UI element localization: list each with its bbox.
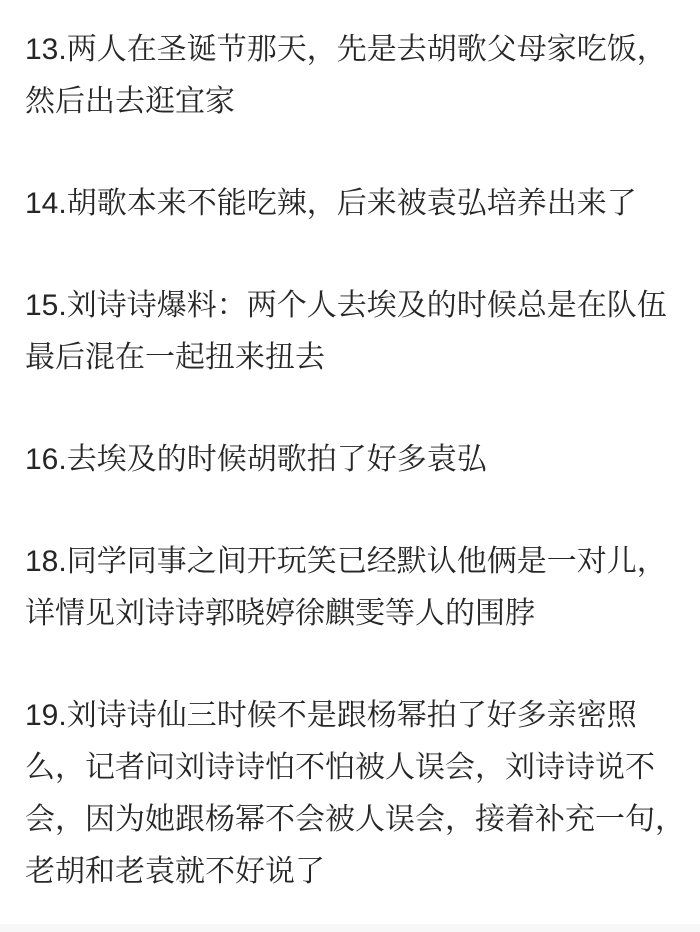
text-post-page: 13.两人在圣诞节那天，先是去胡歌父母家吃饭， 然后出去逛宜家 14.胡歌本来不…: [0, 0, 700, 932]
bottom-edge-strip: [0, 924, 700, 932]
fact-item-16: 16.去埃及的时候胡歌拍了好多袁弘: [25, 434, 675, 486]
fact-item-15: 15.刘诗诗爆料：两个人去埃及的时候总是在队伍 最后混在一起扭来扭去: [25, 280, 675, 384]
fact-item-18: 18.同学同事之间开玩笑已经默认他俩是一对儿， 详情见刘诗诗郭晓婷徐麒雯等人的围…: [25, 536, 675, 640]
fact-item-14: 14.胡歌本来不能吃辣，后来被袁弘培养出来了: [25, 178, 675, 230]
fact-item-13: 13.两人在圣诞节那天，先是去胡歌父母家吃饭， 然后出去逛宜家: [25, 24, 675, 128]
fact-item-19: 19.刘诗诗仙三时候不是跟杨幂拍了好多亲密照 么，记者问刘诗诗怕不怕被人误会，刘…: [25, 690, 675, 898]
